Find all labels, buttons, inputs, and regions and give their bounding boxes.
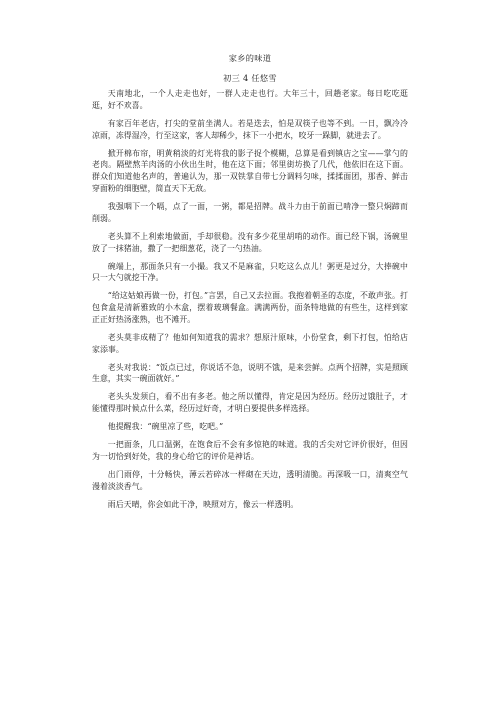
paragraph: 雨后天晴，你会如此干净，映照对方，像云一样透明。: [92, 499, 408, 511]
document-page: 家乡的味道 初三 4 任悠雪 天南地北，一个人走走也好，一群人走走也行。大年三十…: [92, 52, 408, 517]
paragraph: 碗端上，那面条只有一小撮。我又不是麻雀，只吃这么点儿！粥更是过分，大捧碗中只一大…: [92, 261, 408, 285]
paragraph: 出门雨停，十分畅快，薄云若碎冰一样砌在天边，透明清脆。再深吸一口，清爽空气漫着淡…: [92, 469, 408, 493]
paragraph: 一把面条，几口温粥，在饱食后不会有多惊艳的味道。我的舌尖对它评价很好，但因为一切…: [92, 439, 408, 463]
paragraph: 老头莫非成精了？他如何知道我的需求？想原汁原味，小份堂食，剩下打包，怕给店家添事…: [92, 332, 408, 356]
paragraph: 他提醒我：“碗里凉了些，吃吧。”: [92, 421, 408, 433]
paragraph: 老头算不上利索地做面，手却很稳。没有多少花里胡哨的动作。面已经下锅，汤碗里放了一…: [92, 231, 408, 255]
document-title: 家乡的味道: [92, 52, 408, 64]
paragraph: 老头头发须白，看不出有多老。他之所以懂得，肯定是因为经历。经历过饿肚子，才能懂得…: [92, 391, 408, 415]
paragraph: 老头对我说：“饭点已过，你说话不急，说明不饿，是来尝鲜。点两个招牌，实是照顾生意…: [92, 362, 408, 386]
paragraph: 天南地北，一个人走走也好，一群人走走也行。大年三十，回趟老家。每日吃吃逛逛，好不…: [92, 88, 408, 112]
paragraph: 我强咽下一个嗝，点了一面，一粥，都是招牌。战斗力由于前面已啃净一整只焖蹄而削弱。: [92, 201, 408, 225]
author-byline: 初三 4 任悠雪: [92, 72, 408, 84]
paragraph: “给这姑娘再做一份，打包。”言罢，自己又去拉面。我抱着朝圣的态度，不敢声张。打包…: [92, 290, 408, 325]
paragraph: 掀开棉布帘，明黄稍淡的灯光将我的影子捉个模糊，总算是看到镇店之宝——掌勺的老肉。…: [92, 148, 408, 195]
paragraph: 有家百年老店，打尖的堂前坐满人。若是迭去，怕是双筷子也等不到。一日，飘冷冷凉雨，…: [92, 118, 408, 142]
